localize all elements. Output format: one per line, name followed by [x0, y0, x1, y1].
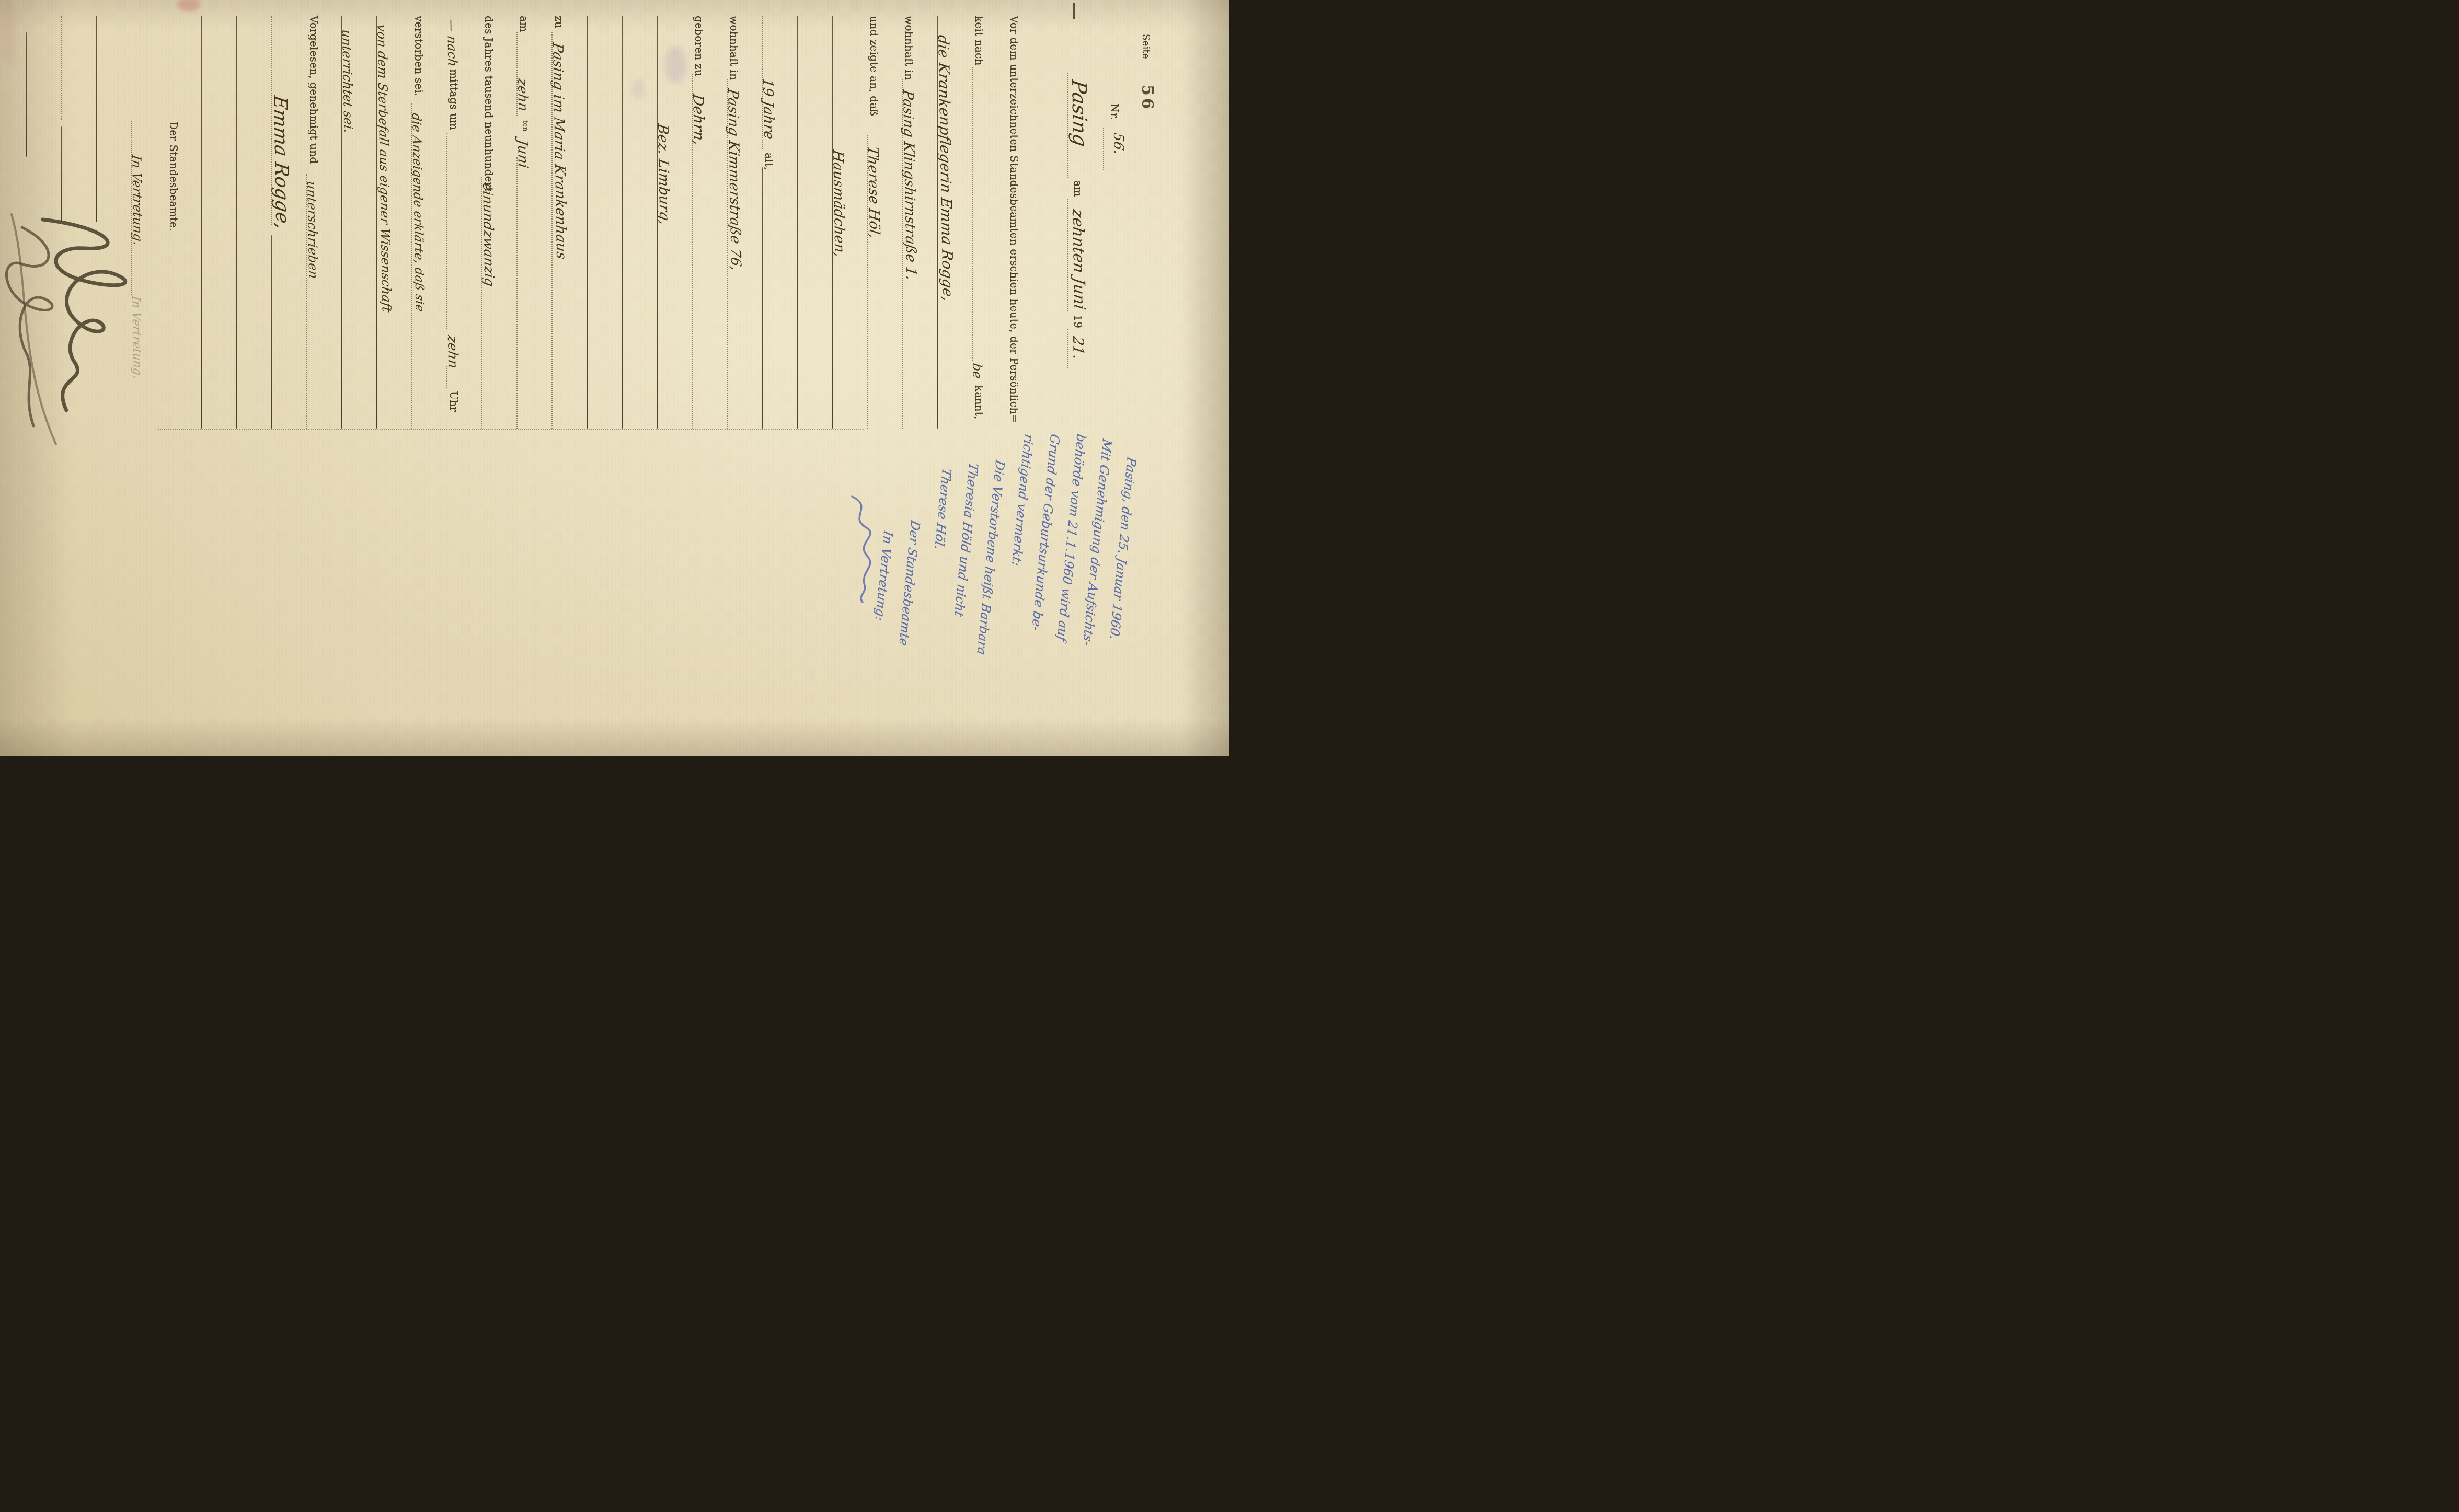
handwritten-entry: zehn	[514, 77, 531, 112]
date-year-printed: 19	[1072, 315, 1084, 328]
printed-form-text: Uhr	[447, 391, 460, 412]
handwritten-entry: Pasing Kimmerstraße 76,	[725, 88, 744, 272]
form-line	[192, 0, 225, 442]
printed-form-text: und zeigte an, daß	[868, 16, 880, 116]
handwritten-entry: unterschrieben	[304, 180, 320, 280]
printed-form-text: kannt,	[973, 385, 985, 419]
form-line: 19 Jahrealt,	[752, 0, 786, 442]
form-rule	[236, 16, 237, 429]
margin-note-signature-flourish	[842, 491, 878, 606]
handwritten-entry: Hausmädchen,	[830, 149, 848, 258]
form-rule	[622, 16, 623, 429]
handwritten-entry: — nach	[444, 18, 460, 67]
printed-form-text: Vorgelesen, genehmigt und	[307, 16, 320, 164]
printed-form-text: zu	[553, 16, 565, 28]
printed-form-text: verstorben sei.	[412, 16, 425, 96]
form-rule	[762, 167, 763, 429]
handwritten-entry: be	[970, 362, 985, 380]
registrar-signature-flourish-2	[0, 220, 59, 460]
date-underline	[1067, 73, 1068, 178]
handwritten-entry: Therese Höl,	[865, 145, 882, 240]
handwritten-entry: Pasing im Maria Krankenhaus	[549, 42, 569, 260]
form-line: von dem Sterbefall aus eigener Wissensch…	[367, 0, 400, 442]
form-rule	[26, 32, 27, 157]
handwritten-entry: Juni	[514, 138, 531, 169]
printed-form-text: alt,	[763, 153, 775, 170]
form-line: des Jahres tausend neunhunderteinundzwan…	[472, 0, 505, 442]
handwritten-entry: einundzwanzig	[479, 182, 497, 287]
date-day-month-value: zehnten Juni	[1068, 208, 1088, 311]
printed-form-text: am	[518, 16, 530, 32]
form-rule	[516, 157, 518, 429]
date-underline	[1067, 329, 1068, 368]
form-line: verstorben sei.die Anzeigende erklärte, …	[402, 0, 435, 442]
form-line	[612, 0, 646, 442]
form-rule	[61, 16, 62, 120]
form-line	[577, 0, 611, 442]
printed-form-text: wohnhaft in	[728, 16, 740, 80]
form-line: keit nachbekannt,	[962, 0, 996, 442]
form-rule	[972, 67, 973, 361]
form-line: — nachmittags umzehnUhr	[437, 0, 470, 442]
paper-discoloration	[1, 0, 17, 68]
form-line: geboren zuDehrn,	[682, 0, 716, 442]
form-line: wohnhaft inPasing Klingshirnstraße 1.	[892, 0, 926, 442]
form-line: die Krankenpflegerin Emma Rogge,	[927, 0, 961, 442]
handwritten-entry: zehn	[444, 334, 461, 370]
printed-form-text: Vor dem unterzeichneten Standesbeamten e…	[1008, 16, 1020, 423]
form-line	[227, 0, 260, 442]
form-rule	[446, 133, 447, 329]
form-line: Vor dem unterzeichneten Standesbeamten e…	[997, 0, 1031, 442]
form-rule	[446, 366, 447, 388]
form-rule	[271, 235, 272, 429]
handwritten-entry: Dehrn,	[690, 93, 708, 146]
form-line: wohnhaft inPasing Kimmerstraße 76,	[717, 0, 751, 442]
margin-note: Pasing, den 25. Januar 1960.Mit Genehmig…	[851, 415, 1141, 747]
form-line: Vorgelesen, genehmigt undunterschrieben	[297, 0, 330, 442]
date-line-lead-dash	[1073, 3, 1075, 19]
handwritten-entry: 19 Jahre	[760, 77, 777, 141]
printed-form-text: keit nach	[973, 16, 985, 65]
date-place-value: Pasing	[1067, 78, 1091, 148]
form-rule	[587, 16, 588, 429]
page-number: 56	[1138, 85, 1156, 112]
register-page: Seite 56 Nr. 56. Pasing am zehnten Juni …	[0, 0, 1229, 756]
printed-form-text: ten	[520, 119, 529, 132]
date-underline	[1067, 199, 1068, 311]
handwritten-entry: unterrichtet sei.	[339, 29, 355, 134]
form-rule	[201, 16, 202, 429]
page-side-label: Seite	[1140, 34, 1151, 59]
form-line: zuPasing im Maria Krankenhaus	[542, 0, 576, 442]
form-line	[787, 0, 821, 442]
entry-number-label: Nr.	[1108, 103, 1121, 120]
handwritten-entry: die Krankenpflegerin Emma Rogge,	[935, 34, 957, 303]
printed-form-text: des Jahres tausend neunhundert	[482, 16, 495, 191]
entry-number-value: 56.	[1110, 132, 1127, 156]
margin-separator-rule	[158, 429, 864, 430]
handwritten-entry: Pasing Klingshirnstraße 1.	[900, 89, 919, 281]
form-line: und zeigte an, daßTherese Höl,	[857, 0, 891, 442]
form-line: Bez. Limburg,	[647, 0, 681, 442]
handwritten-entry: die Anzeigende erklärte, daß sie	[409, 112, 427, 313]
date-line: Pasing am zehnten Juni 19 21.	[1063, 0, 1105, 442]
printed-form-text: wohnhaft in	[903, 16, 915, 80]
printed-form-text: geboren zu	[693, 16, 705, 76]
printed-form-text: mittags um	[447, 69, 460, 130]
form-rule	[96, 16, 97, 222]
date-am-label: am	[1072, 180, 1084, 197]
printed-form-text: Der Standesbeamte.	[167, 121, 180, 232]
date-year-value: 21.	[1070, 335, 1087, 361]
handwritten-entry: Bez. Limburg,	[654, 123, 672, 226]
form-line: unterrichtet sei.	[332, 0, 365, 442]
form-rule	[797, 16, 798, 429]
form-line: Hausmädchen,	[822, 0, 856, 442]
form-line: Emma Rogge,	[262, 0, 295, 442]
form-line: amzehntenJuni	[507, 0, 541, 442]
scan-viewport: Seite 56 Nr. 56. Pasing am zehnten Juni …	[0, 0, 1229, 756]
handwritten-entry: Emma Rogge,	[269, 94, 293, 231]
